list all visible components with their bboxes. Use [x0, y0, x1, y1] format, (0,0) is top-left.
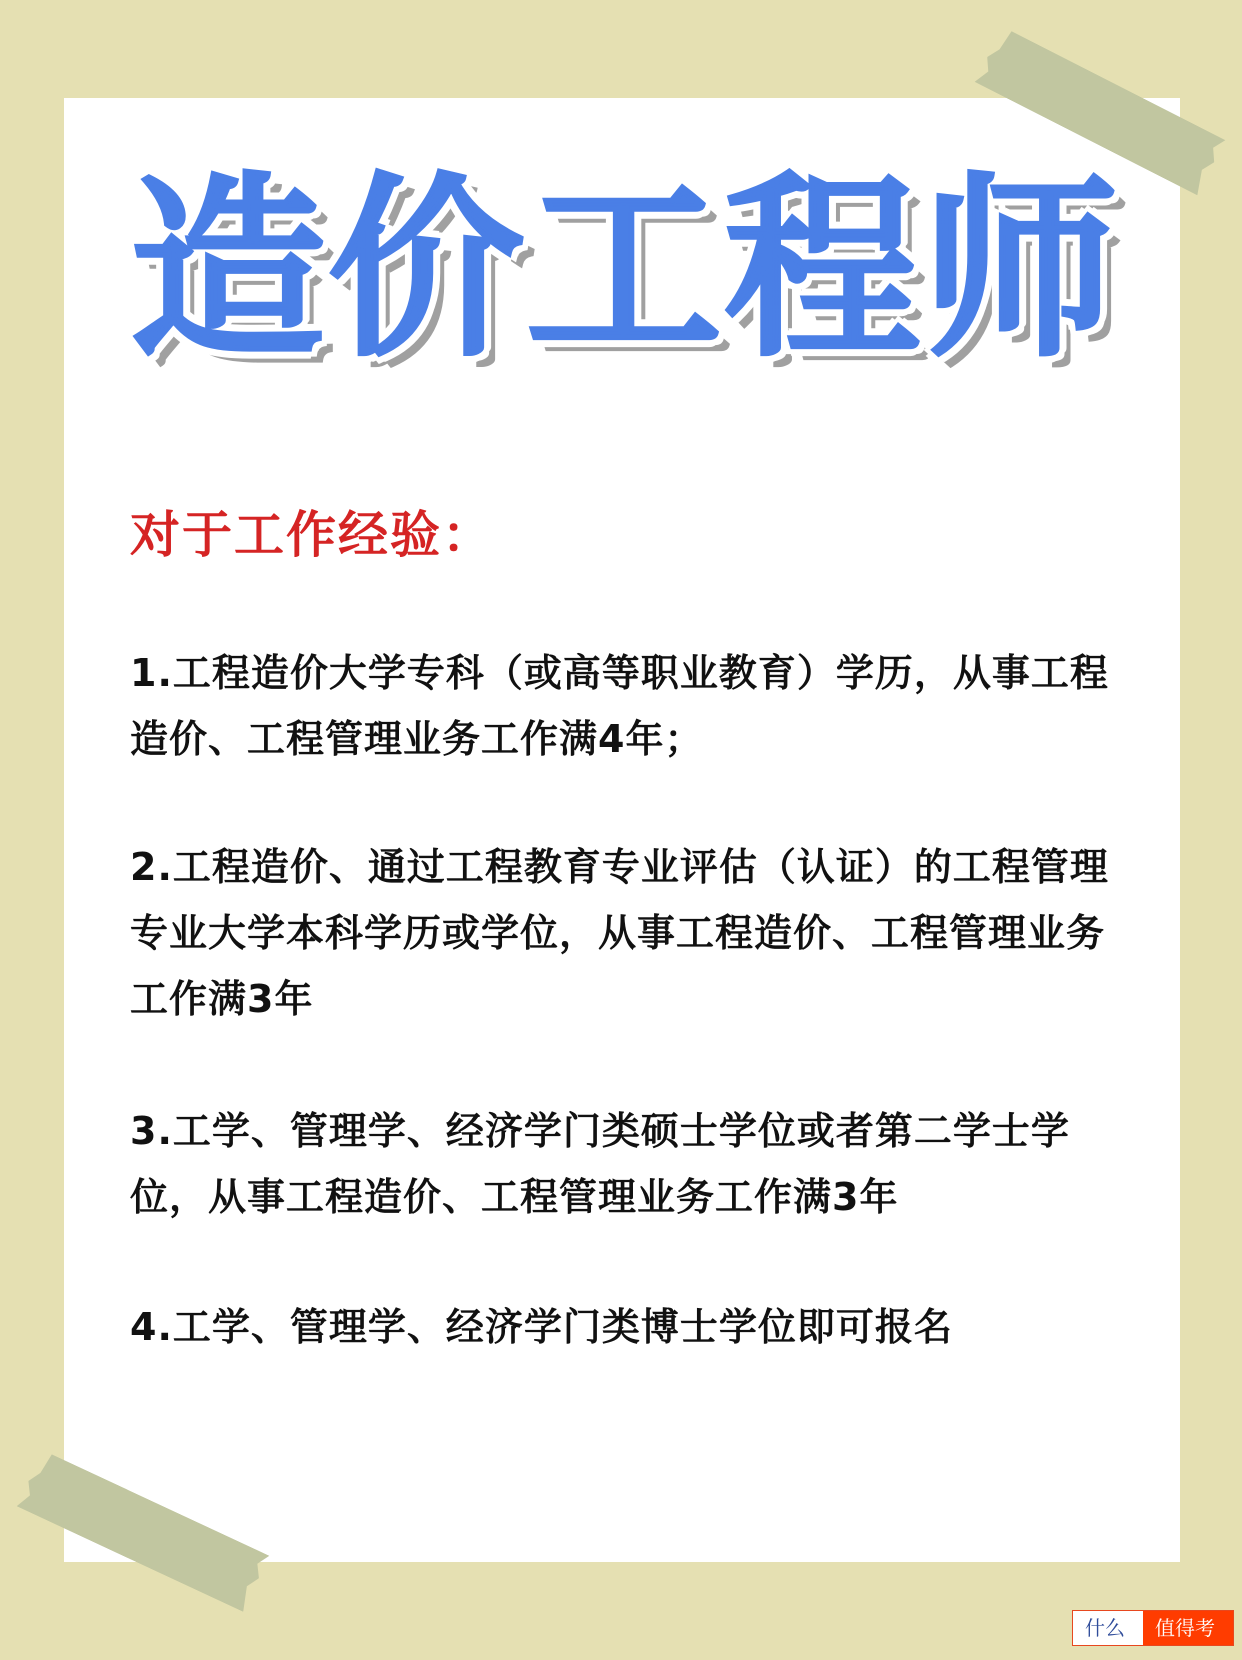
section-heading: 对于工作经验：: [130, 495, 494, 567]
watermark-left: 什么: [1073, 1611, 1143, 1645]
list-item: 4.工学、管理学、经济学门类博士学位即可报名: [130, 1294, 1110, 1360]
list-item: 1.工程造价大学专科（或高等职业教育）学历，从事工程造价、工程管理业务工作满4年…: [130, 640, 1110, 772]
list-item: 3.工学、管理学、经济学门类硕士学位或者第二学士学位，从事工程造价、工程管理业务…: [130, 1098, 1110, 1230]
requirements-list: 1.工程造价大学专科（或高等职业教育）学历，从事工程造价、工程管理业务工作满4年…: [130, 640, 1110, 1422]
list-item: 2.工程造价、通过工程教育专业评估（认证）的工程管理专业大学本科学历或学位，从事…: [130, 834, 1110, 1032]
watermark-badge: 什么 值得考: [1072, 1610, 1234, 1646]
page-title: 造价工程师: [90, 168, 1160, 374]
watermark-right: 值得考: [1143, 1611, 1233, 1645]
